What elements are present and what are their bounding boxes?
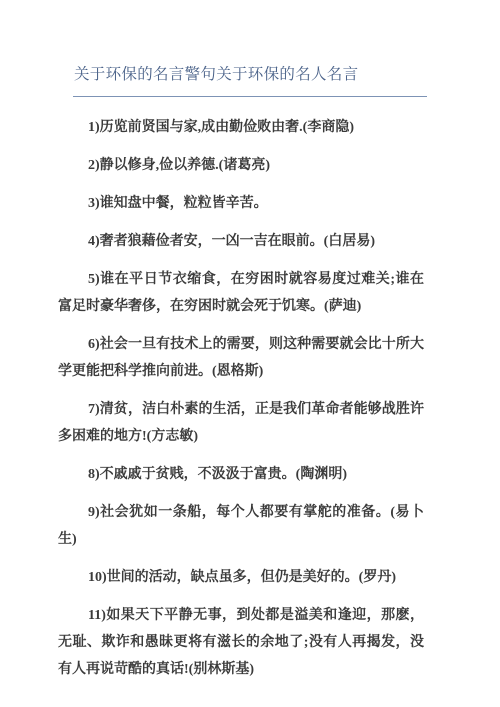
quote-list: 1)历览前贤国与家,成由勤俭败由奢.(李商隐) 2)静以修身,俭以养德.(诸葛亮… <box>58 114 424 683</box>
quote-item-4: 4)奢者狼藉俭者安，一凶一吉在眼前。(白居易) <box>58 228 424 255</box>
quote-item-3: 3)谁知盘中餐，粒粒皆辛苦。 <box>58 190 424 217</box>
quote-item-11: 11)如果天下平静无事，到处都是溢美和逢迎，那麽，无耻、欺诈和愚昧更将有滋长的余… <box>58 602 424 683</box>
quote-item-10: 10)世间的活动，缺点虽多，但仍是美好的。(罗丹) <box>58 564 424 591</box>
page-title: 关于环保的名言警句关于环保的名人名言 <box>74 64 430 86</box>
quote-item-8: 8)不戚戚于贫贱，不汲汲于富贵。(陶渊明) <box>58 461 424 488</box>
quote-item-1: 1)历览前贤国与家,成由勤俭败由奢.(李商隐) <box>58 114 424 141</box>
quote-item-2: 2)静以修身,俭以养德.(诸葛亮) <box>58 152 424 179</box>
document-page: 关于环保的名言警句关于环保的名人名言 1)历览前贤国与家,成由勤俭败由奢.(李商… <box>0 0 500 707</box>
quote-item-7: 7)清贫，洁白朴素的生活，正是我们革命者能够战胜许多困难的地方!(方志敏) <box>58 396 424 450</box>
quote-item-6: 6)社会一旦有技术上的需要，则这种需要就会比十所大学更能把科学推向前进。(恩格斯… <box>58 331 424 385</box>
quote-item-9: 9)社会犹如一条船，每个人都要有掌舵的准备。(易卜生) <box>58 499 424 553</box>
title-divider <box>73 96 427 97</box>
quote-item-5: 5)谁在平日节衣缩食，在穷困时就容易度过难关;谁在富足时豪华奢侈，在穷困时就会死… <box>58 266 424 320</box>
